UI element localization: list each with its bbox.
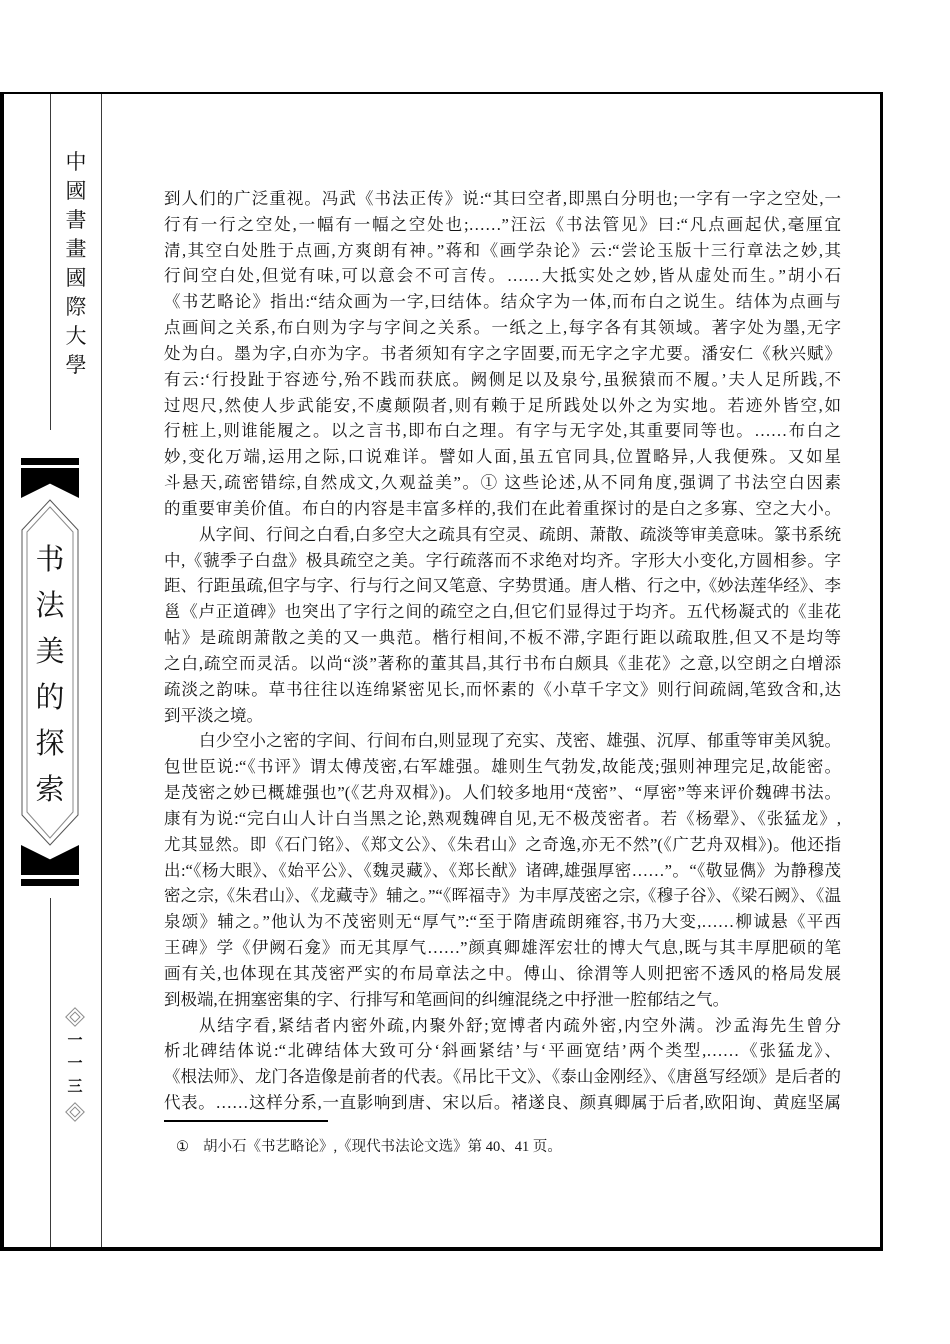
text-line: 从结字看,紧结者内密外疏,内聚外舒;宽博者内疏外密,内空外满。沙孟海先生曾分 xyxy=(164,1013,841,1039)
vertical-char: 畫 xyxy=(66,235,87,264)
emblem-top-ribbon xyxy=(21,468,79,498)
page-number: 一一三 xyxy=(67,1030,82,1099)
vertical-char: 美 xyxy=(35,629,64,675)
text-line: 行有一行之空处,一幅有一幅之空处也;……”汪沄《书法管见》曰:“凡点画起伏,毫厘… xyxy=(164,212,841,238)
text-line: 之白,疏空而灵活。以尚“淡”著称的董其昌,其行书布白颇具《韭花》之意,以空朗之白… xyxy=(164,651,841,677)
text-line: 析北碑结体说:“北碑结体大致可分‘斜画紧结’与‘平画宽结’两个类型,……《张猛龙… xyxy=(164,1038,841,1064)
university-title: 中國書畫國際大學 xyxy=(51,148,101,380)
text-line: 画有关,也体现在其茂密严实的布局章法之中。傅山、徐渭等人则把密不透风的格局发展 xyxy=(164,961,841,987)
emblem-bottom-bar xyxy=(21,879,79,886)
text-line: 斗悬天,疏密错综,自然成文,久观益美”。① 这些论述,从不同角度,强调了书法空白… xyxy=(164,470,841,496)
text-line: 从字间、行间之白看,白多空大之疏具有空灵、疏朗、萧散、疏淡等审美意味。篆书系统 xyxy=(164,522,841,548)
sidebar-divider-line xyxy=(101,94,102,1247)
text-line: 处为白。墨为字,白亦为字。书者须知有字之字固要,而无字之字尤要。潘安仁《秋兴赋》 xyxy=(164,341,841,367)
diamond-icon-inner xyxy=(69,1011,80,1022)
vertical-char: 法 xyxy=(35,583,64,629)
page-border-bottom xyxy=(0,1247,883,1251)
text-line: 的重要审美价值。布白的内容是丰富多样的,我们在此着重探讨的是白之多寡、空之大小。 xyxy=(164,496,841,522)
body-text: 到人们的广泛重视。冯武《书法正传》说:“其曰空者,即黑白分明也;一字有一字之空处… xyxy=(164,186,841,1116)
emblem-top-bar xyxy=(21,458,79,465)
book-title-emblem: 书法美的探索 xyxy=(21,458,79,886)
text-line: 王碑》学《伊阙石龛》而无其厚气……”颜真卿雄浑宏壮的博大气息,既与其丰厚肥硕的笔 xyxy=(164,935,841,961)
vertical-char: 際 xyxy=(66,293,87,322)
book-title: 书法美的探索 xyxy=(21,537,79,813)
text-line: 《书艺略论》指出:“结众画为一字,曰结体。结众字为一体,而布白之说生。结体为点画… xyxy=(164,289,841,315)
text-line: 距、行距虽疏,但字与字、行与行之间又笔意、字势贯通。唐人楷、行之中,《妙法莲华经… xyxy=(164,573,841,599)
text-line: 到人们的广泛重视。冯武《书法正传》说:“其曰空者,即黑白分明也;一字有一字之空处… xyxy=(164,186,841,212)
vertical-char: 書 xyxy=(66,206,87,235)
vertical-char: 大 xyxy=(66,322,87,351)
vertical-char: 學 xyxy=(66,351,87,380)
vertical-char: 國 xyxy=(66,264,87,293)
text-line: 《根法师》、龙门各造像是前者的代表。《吊比干文》、《泰山金刚经》、《唐邕写经颂》… xyxy=(164,1064,841,1090)
text-line: 代表。……这样分系,一直影响到唐、宋以后。褚遂良、颜真卿属于后者,欧阳询、黄庭坚… xyxy=(164,1090,841,1116)
diamond-icon-inner xyxy=(69,1106,80,1117)
footnote-text: 胡小石《书艺略论》,《现代书法论文选》第 40、41 页。 xyxy=(203,1139,562,1155)
page-border-left-bar xyxy=(0,92,4,1251)
text-line: 疏淡之韵味。草书往往以连绵紧密见长,而怀素的《小草千字文》则行间疏阔,笔致含和,… xyxy=(164,677,841,703)
vertical-char: 一 xyxy=(67,1053,82,1076)
text-line: 尤其显然。即《石门铭》、《郑文公》、《朱君山》之奇逸,亦无不然”(《广艺舟双楫》… xyxy=(164,832,841,858)
footnote-separator xyxy=(164,1120,328,1122)
text-line: 帖》是疏朗萧散之美的又一典范。楷行相间,不板不滞,字距行距以疏取胜,但又不是均等 xyxy=(164,625,841,651)
text-line: 泉颂》辅之。”他认为不茂密则无“厚气”:“至于隋唐疏朗雍容,书乃大变,……柳诚悬… xyxy=(164,909,841,935)
text-line: 过咫尺,然使人步武能安,不虞颠陨者,则有赖于足所践处以外之为实地。若迹外皆空,如 xyxy=(164,393,841,419)
page-number-block: 一一三 xyxy=(51,1004,99,1125)
text-line: 出:“《杨大眼》、《始平公》、《魏灵藏》、《郑长猷》诸碑,雄强厚密……”。“《敬… xyxy=(164,858,841,884)
text-line: 白少空小之密的字间、行间布白,则显现了充实、茂密、雄强、沉厚、郁重等审美风貌。 xyxy=(164,728,841,754)
text-line: 邕《卢正道碑》也突出了字行之间的疏空之白,但它们显得过于均齐。五代杨凝式的《韭花 xyxy=(164,599,841,625)
text-line: 清,其空白处胜于点画,方爽朗有神。”蒋和《画学杂论》云:“尝论玉版十三行章法之妙… xyxy=(164,238,841,264)
text-line: 是茂密之妙已概雄强也”(《艺舟双楫》)。人们较多地用“茂密”、“厚密”等来评价魏… xyxy=(164,780,841,806)
emblem-bottom-ribbon xyxy=(21,845,79,875)
vertical-char: 索 xyxy=(35,767,64,813)
text-line: 点画间之关系,布白则为字与字间之关系。一纸之上,每字各有其领域。著字处为墨,无字 xyxy=(164,315,841,341)
text-line: 包世臣说:“《书评》谓太傅茂密,右军雄强。雄则生气勃发,故能茂;强则神理完足,故… xyxy=(164,754,841,780)
vertical-char: 的 xyxy=(35,675,64,721)
vertical-char: 國 xyxy=(66,177,87,206)
book-page: 中國書畫國際大學 书法美的探索 一一三 到人们的广泛重视。冯武《书法正传》说:“… xyxy=(0,0,950,1344)
text-line: 妙,变化万端,运用之际,口说难详。譬如人面,虽五官同具,位置略异,人我便殊。又如… xyxy=(164,444,841,470)
footnote: ①胡小石《书艺略论》,《现代书法论文选》第 40、41 页。 xyxy=(176,1136,562,1158)
text-line: 行桩上,则谁能履之。以之言书,即布白之理。有字与无字处,其重要同等也。……布白之 xyxy=(164,418,841,444)
diamond-icon xyxy=(65,1007,85,1027)
text-line: 到极端,在拥塞密集的字、行排写和笔画间的纠缠混绕之中抒泄一腔郁结之气。 xyxy=(164,987,841,1013)
text-line: 密之宗,《朱君山》、《龙藏寺》辅之。”“《晖福寺》为丰厚茂密之宗,《穆子谷》、《… xyxy=(164,883,841,909)
footnote-marker: ① xyxy=(176,1139,189,1155)
page-border-right xyxy=(880,92,883,1251)
vertical-char: 中 xyxy=(66,148,87,177)
text-line: 有云:‘行投趾于容迹兮,殆不践而获底。阙侧足以及泉兮,虽猴猿而不履。’夫人足所践… xyxy=(164,367,841,393)
vertical-char: 三 xyxy=(67,1076,82,1099)
vertical-char: 书 xyxy=(35,537,64,583)
vertical-char: 探 xyxy=(35,721,64,767)
page-border-top xyxy=(0,92,883,94)
vertical-char: 一 xyxy=(67,1030,82,1053)
text-line: 行间空白处,但觉有味,可以意会不可言传。……大抵实处之妙,皆从虚处而生。”胡小石 xyxy=(164,263,841,289)
text-line: 中,《虢季子白盘》极具疏空之美。字行疏落而不求绝对均齐。字形大小变化,方圆相参。… xyxy=(164,548,841,574)
text-line: 康有为说:“完白山人计白当黑之论,熟观魏碑自见,无不极茂密者。若《杨翚》、《张猛… xyxy=(164,806,841,832)
text-line: 到平淡之境。 xyxy=(164,703,841,729)
diamond-icon xyxy=(65,1102,85,1122)
